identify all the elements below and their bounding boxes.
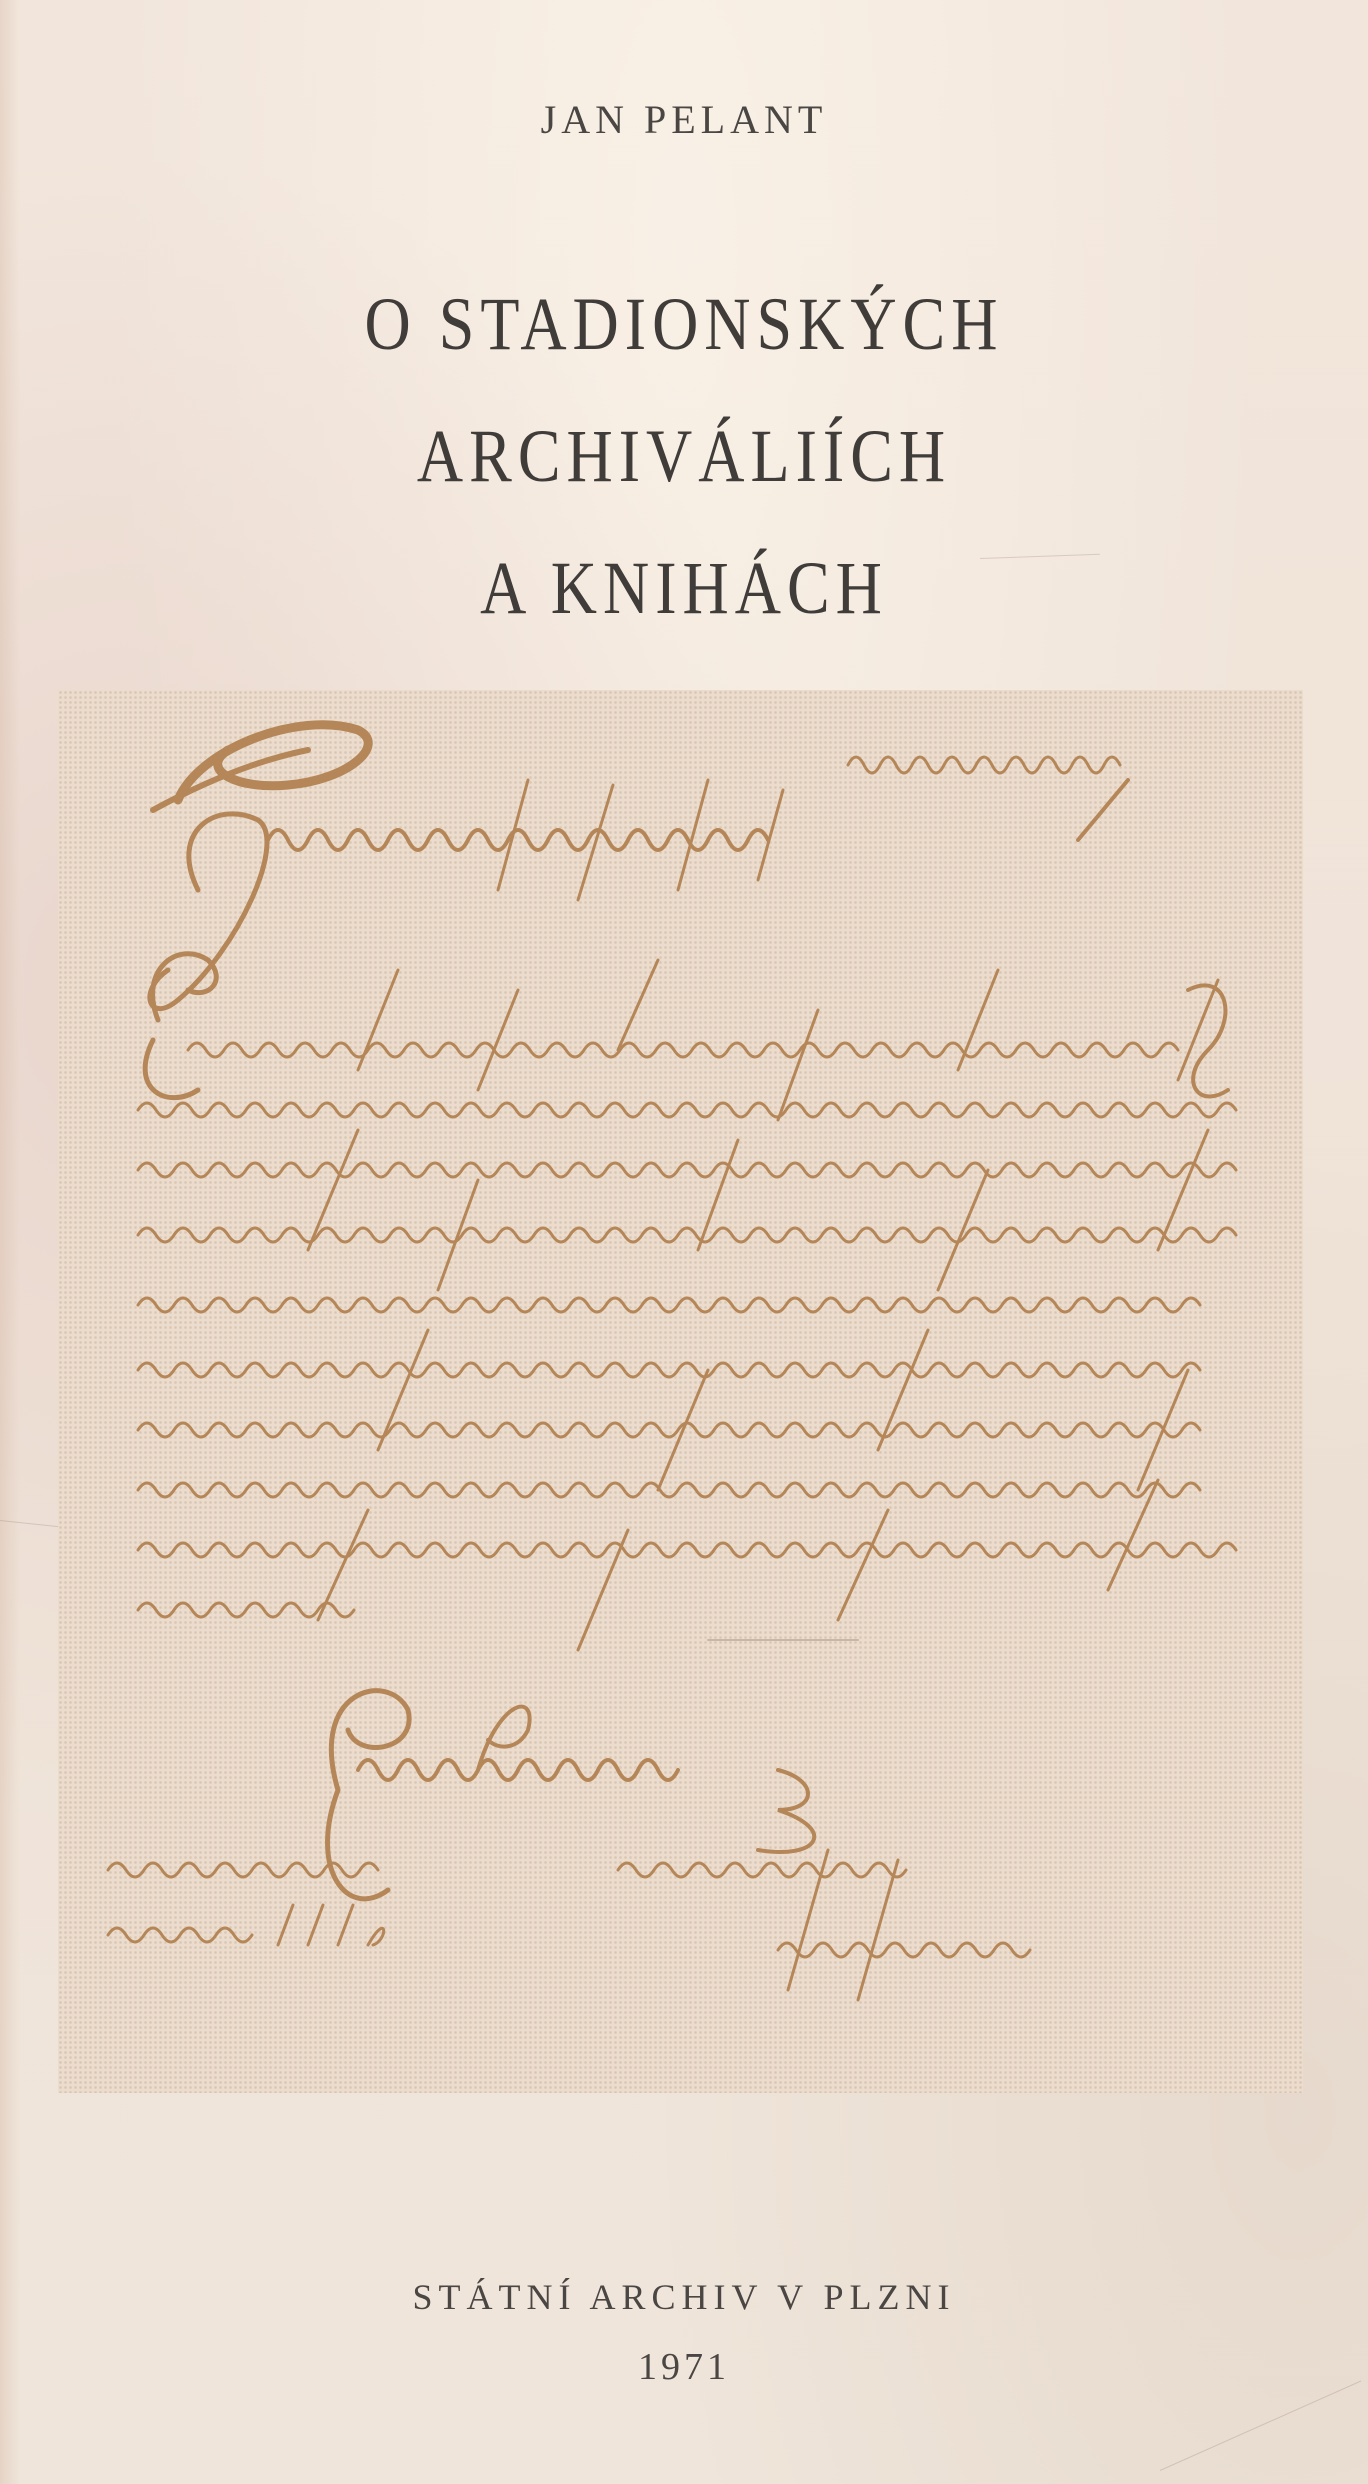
letter-facsimile [58,690,1303,2093]
book-title: O STADIONSKÝCH ARCHIVÁLIÍCH A KNIHÁCH [0,258,1368,654]
title-line-1: O STADIONSKÝCH [0,258,1368,390]
publication-year: 1971 [0,2345,1368,2389]
title-line-3: A KNIHÁCH [0,522,1368,654]
handwriting-strokes [58,690,1303,2093]
author-name: JAN PELANT [0,96,1368,143]
title-line-2: ARCHIVÁLIÍCH [0,390,1368,522]
publisher-name: STÁTNÍ ARCHIV V PLZNI [0,2276,1368,2318]
paper-crease [1160,2381,1361,2471]
